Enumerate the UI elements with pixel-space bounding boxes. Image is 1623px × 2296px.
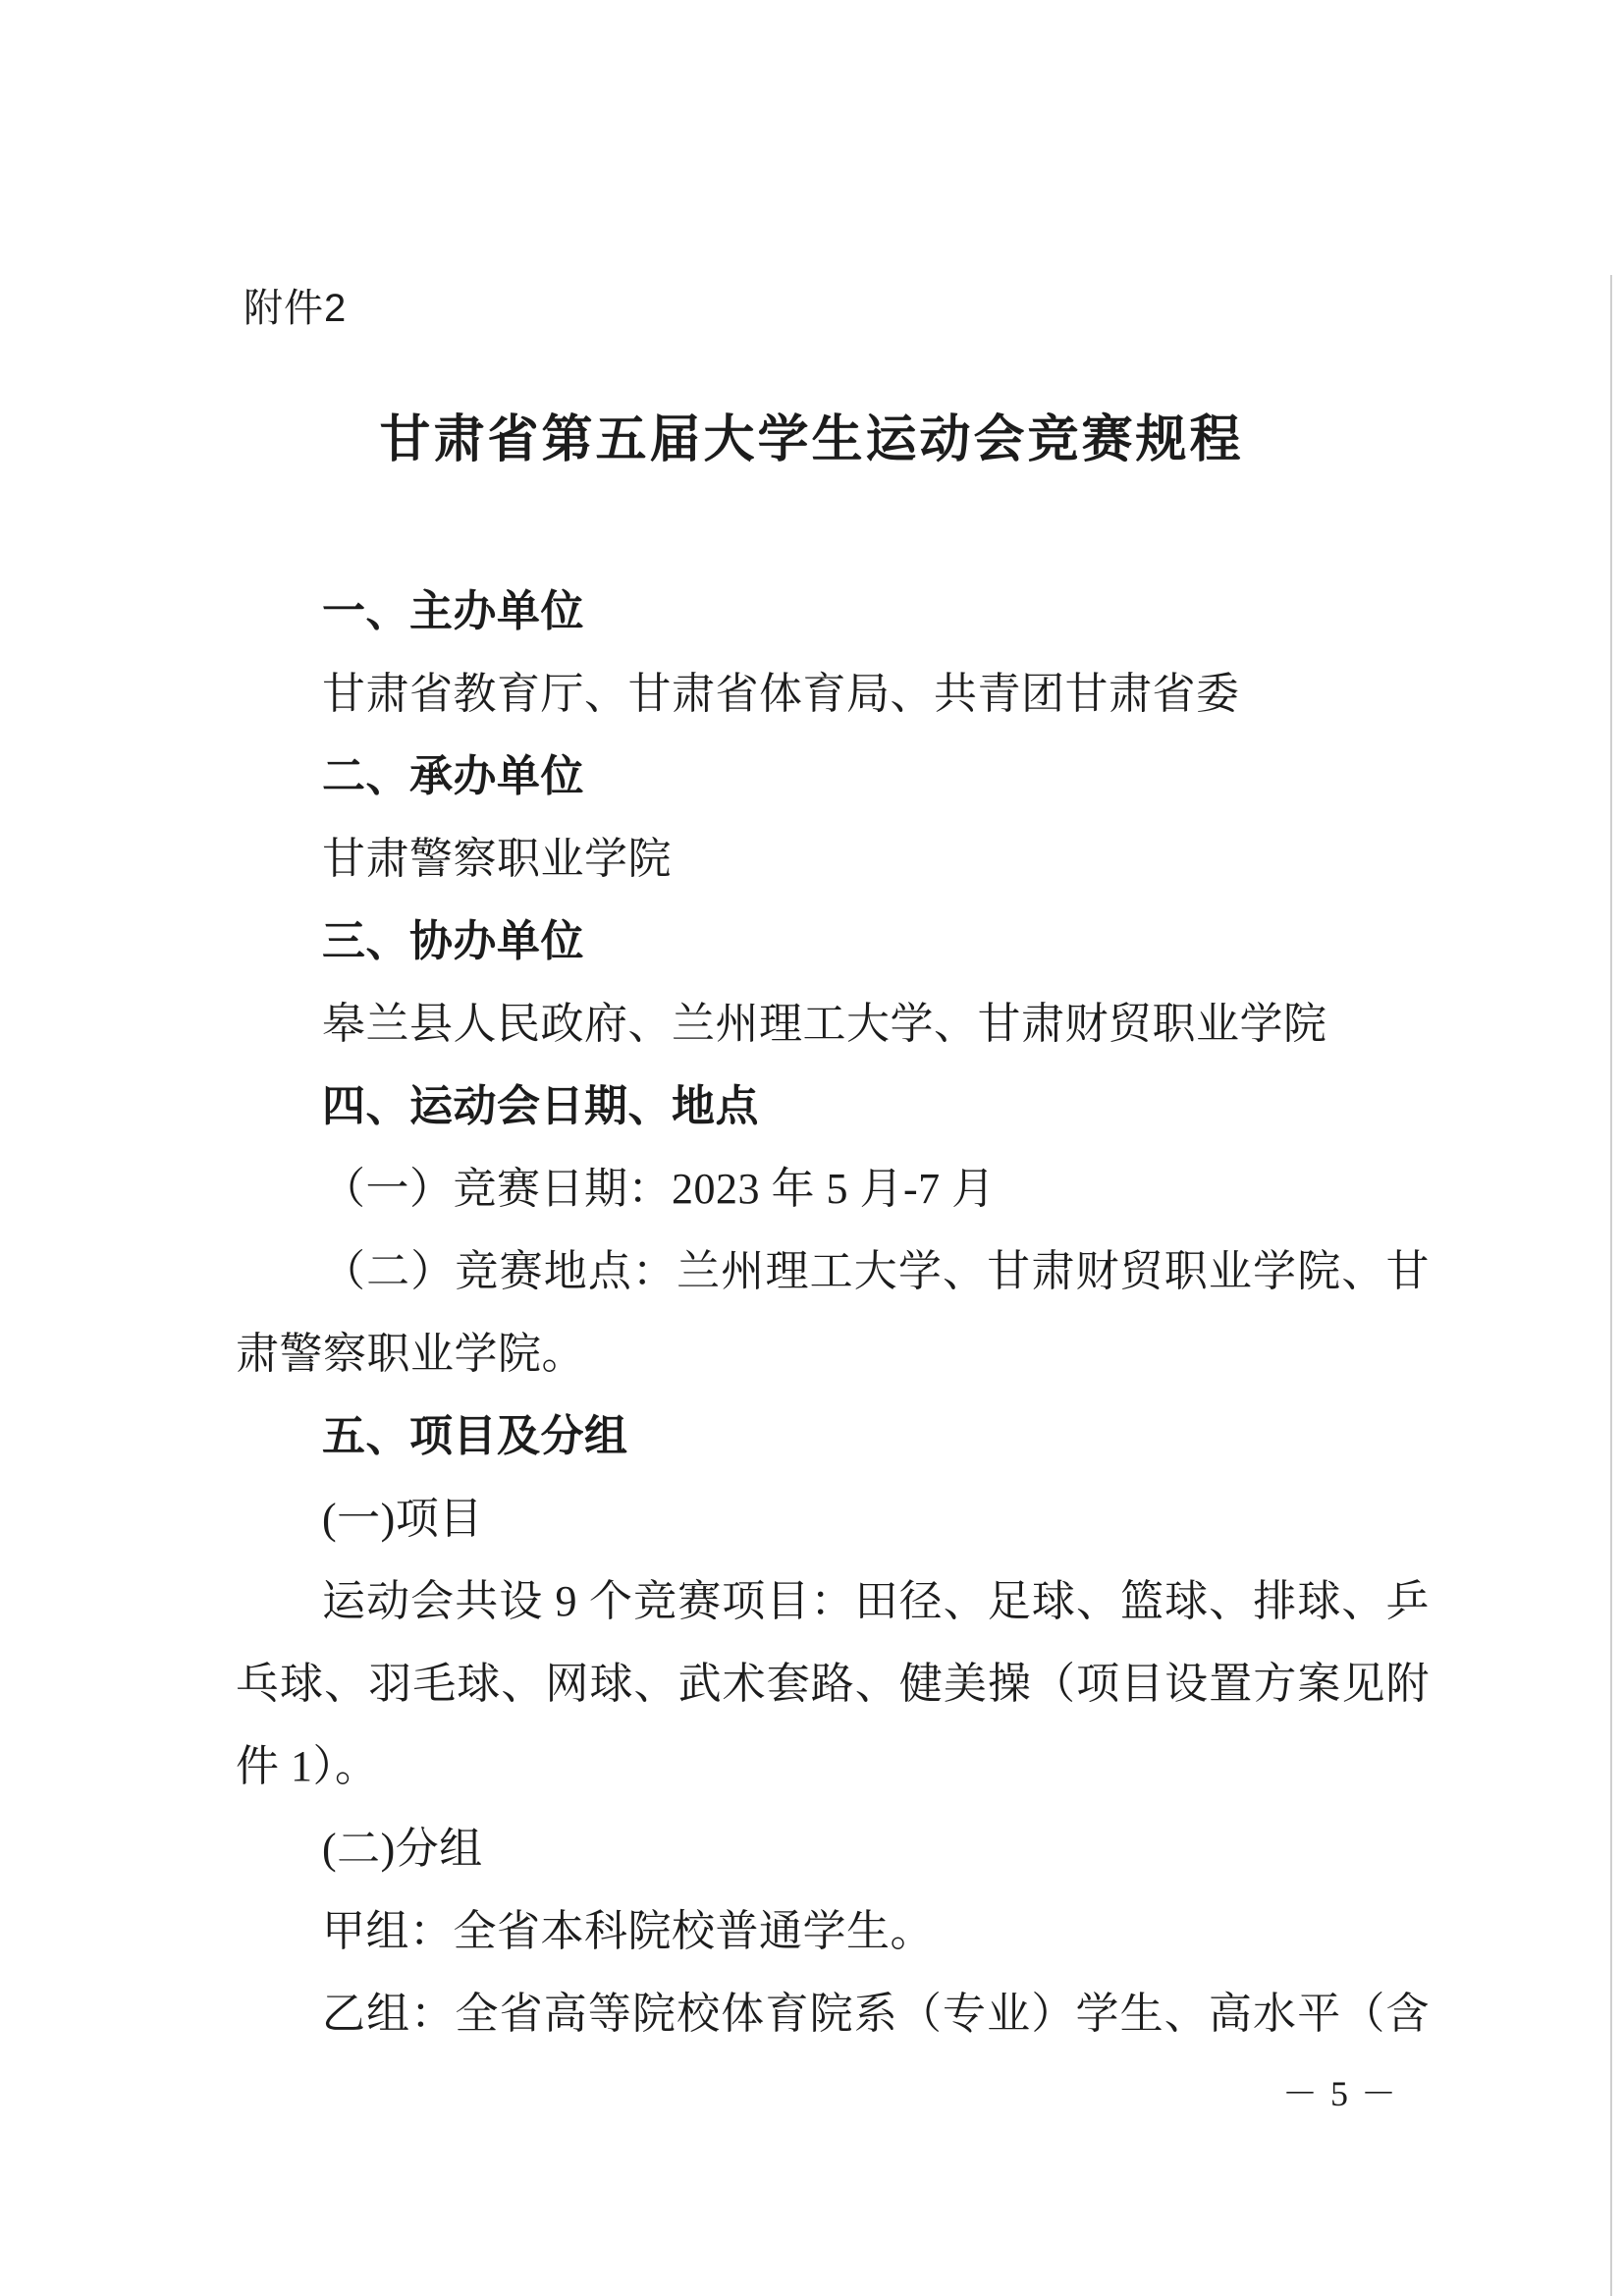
document-line-heading: 三、协办单位 <box>236 901 1430 983</box>
document-line-body: 运动会共设 9 个竞赛项目：田径、足球、篮球、排球、乒 <box>236 1560 1430 1643</box>
document-lines: 一、主办单位甘肃省教育厅、甘肃省体育局、共青团甘肃省委二、承办单位甘肃警察职业学… <box>236 571 1430 2055</box>
document-line-body: （一）竞赛日期：2023 年 5 月-7 月 <box>236 1148 1430 1230</box>
attachment-label: 附件2 <box>243 285 347 332</box>
document-line-body-continuation: 乓球、羽毛球、网球、武术套路、健美操（项目设置方案见附 <box>236 1643 1430 1725</box>
document-line-body: 甘肃省教育厅、甘肃省体育局、共青团甘肃省委 <box>236 653 1430 736</box>
document-line-subheading: (一)项目 <box>236 1478 1430 1560</box>
document-line-heading: 五、项目及分组 <box>236 1395 1430 1478</box>
document-line-body: 皋兰县人民政府、兰州理工大学、甘肃财贸职业学院 <box>236 983 1430 1066</box>
document-line-heading: 四、运动会日期、地点 <box>236 1066 1430 1148</box>
document-line-body: 乙组：全省高等院校体育院系（专业）学生、高水平（含 <box>236 1973 1430 2055</box>
document-line-subheading: (二)分组 <box>236 1808 1430 1890</box>
document-line-heading: 二、承办单位 <box>236 736 1430 818</box>
page-number: － 5 － <box>1282 2066 1398 2116</box>
document-line-body: （二）竞赛地点：兰州理工大学、甘肃财贸职业学院、甘 <box>236 1230 1430 1313</box>
scan-edge-artifact <box>1610 275 1612 2296</box>
document-line-body-continuation: 件 1）。 <box>236 1725 1430 1808</box>
document-line-body-continuation: 肃警察职业学院。 <box>236 1313 1430 1395</box>
document-page: 附件2 甘肃省第五届大学生运动会竞赛规程 一、主办单位甘肃省教育厅、甘肃省体育局… <box>0 0 1623 2296</box>
document-line-heading: 一、主办单位 <box>236 571 1430 653</box>
document-line-body: 甲组：全省本科院校普通学生。 <box>236 1890 1430 1973</box>
document-line-body: 甘肃警察职业学院 <box>236 818 1430 901</box>
document-title: 甘肃省第五届大学生运动会竞赛规程 <box>0 410 1623 471</box>
